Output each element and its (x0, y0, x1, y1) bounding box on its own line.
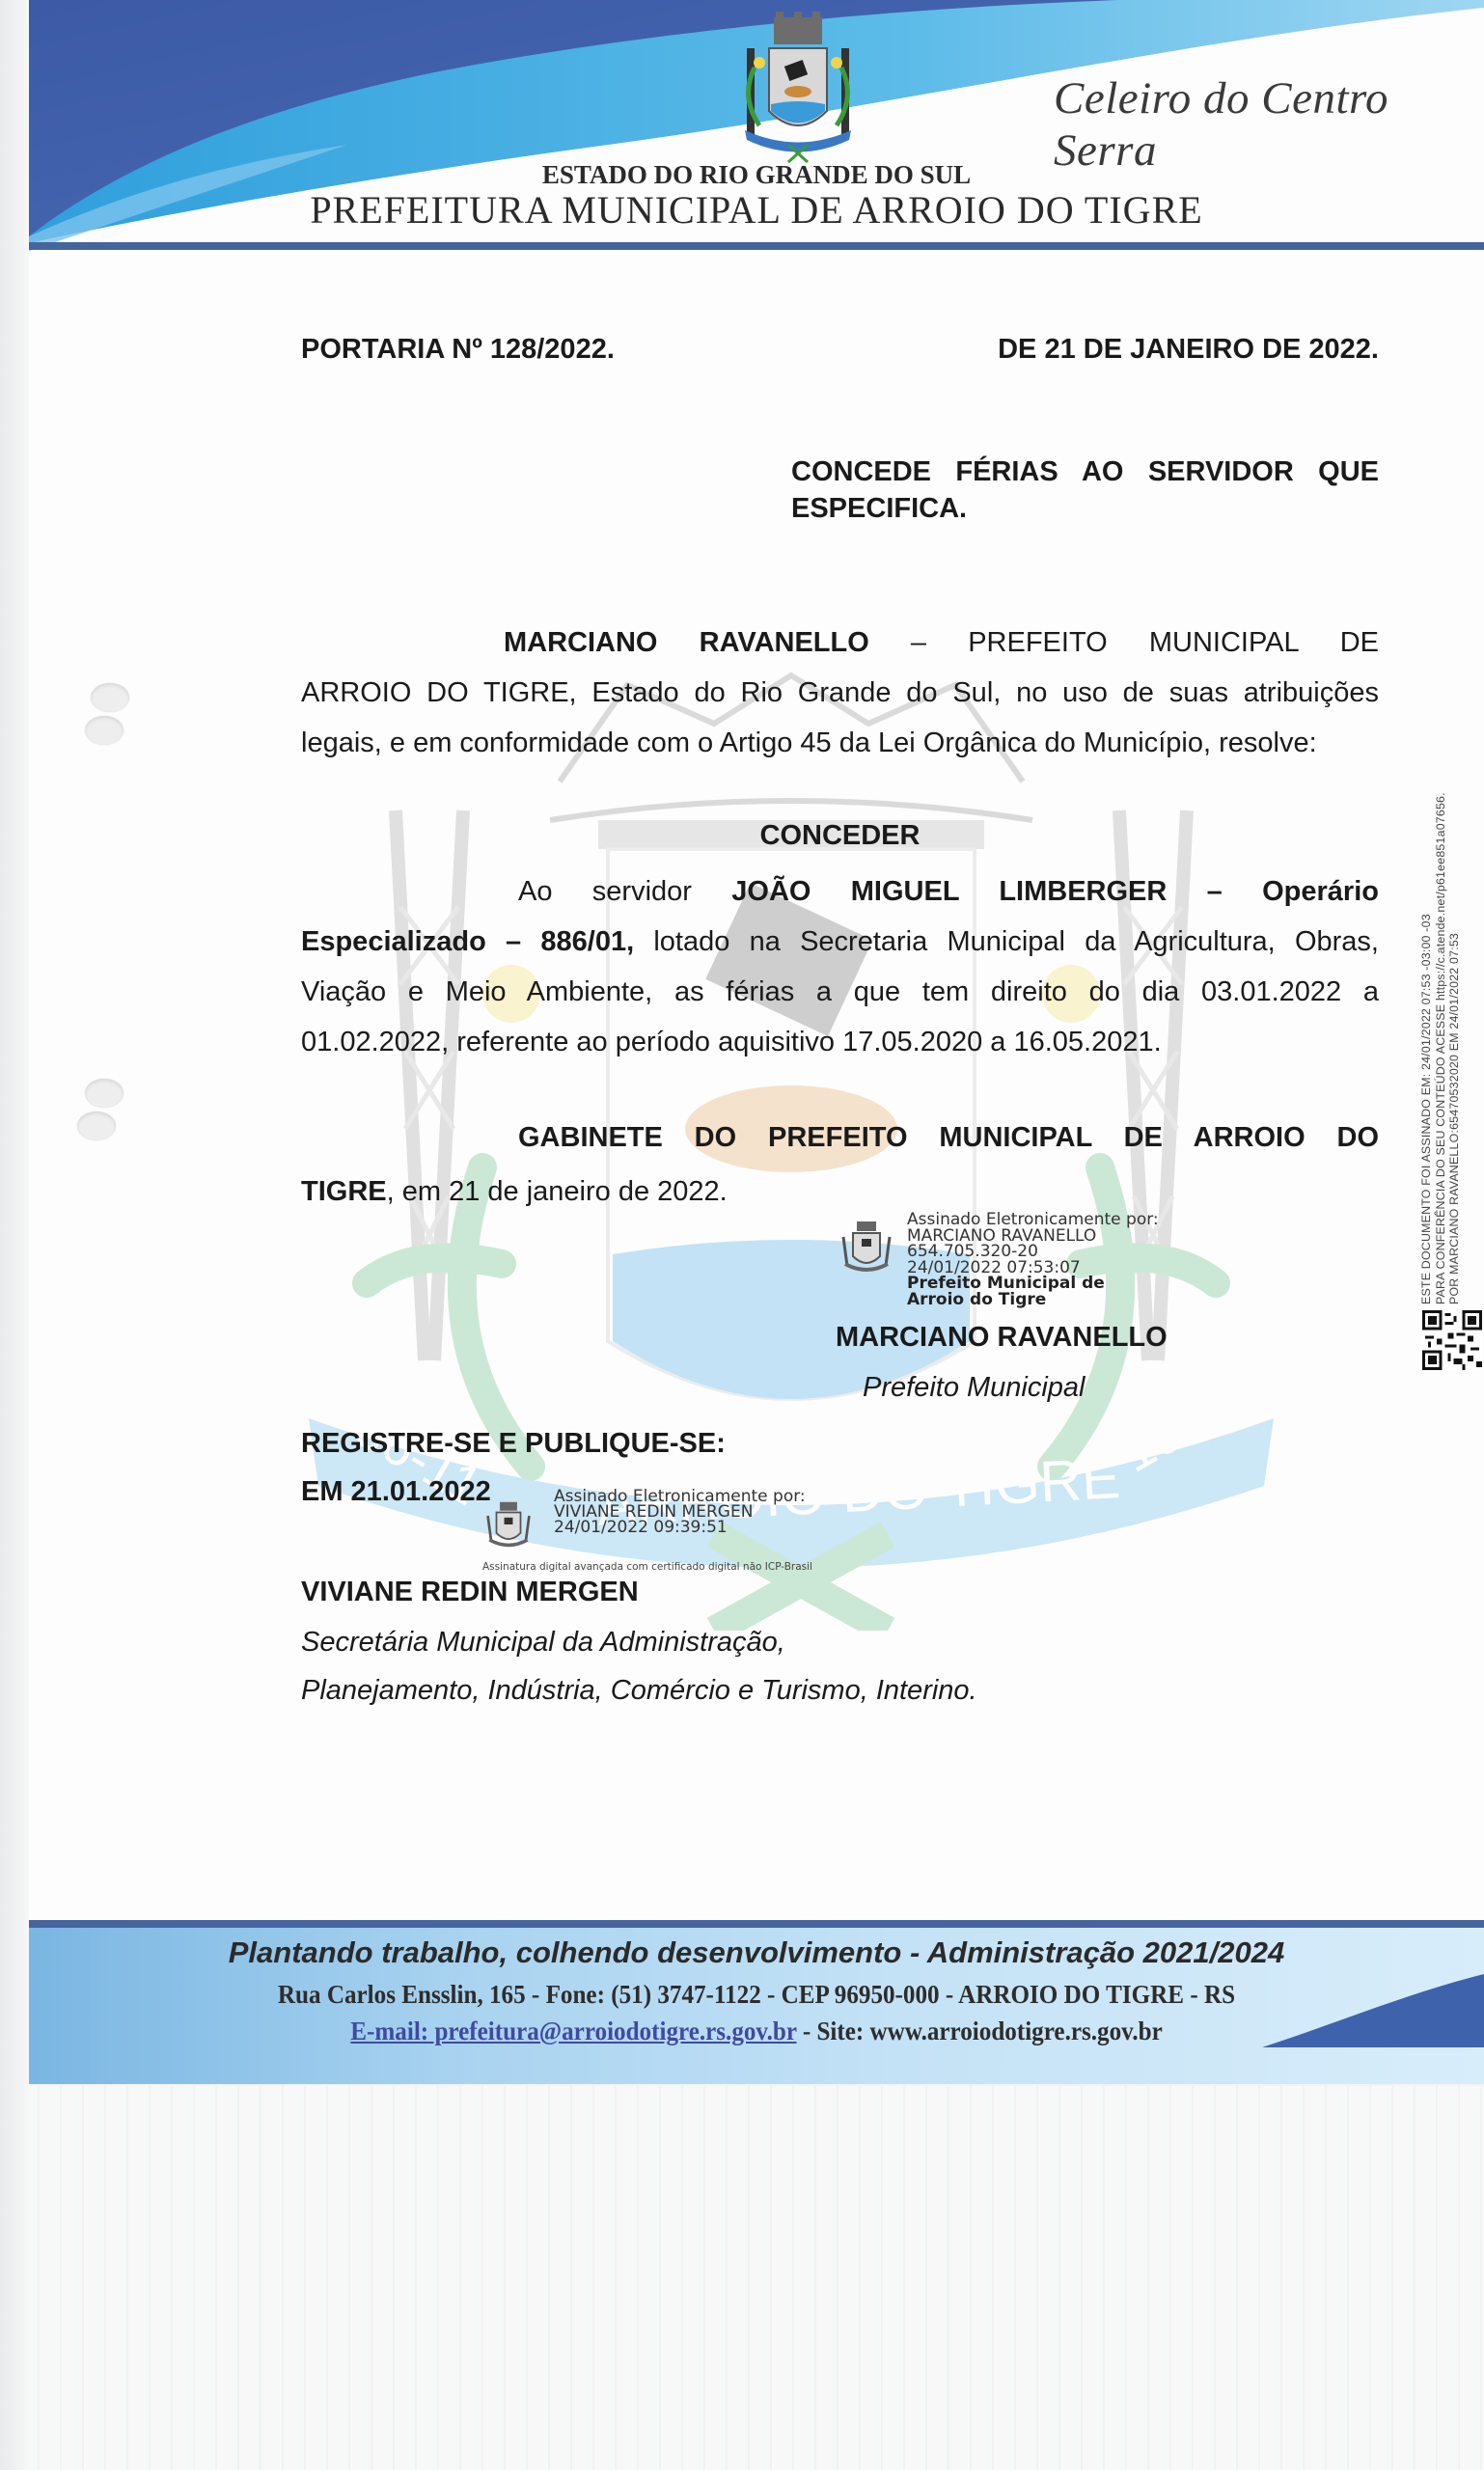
mayor-electronic-signature: Assinado Eletronicamente por: MARCIANO R… (839, 1212, 1206, 1318)
mayor-signature-title: Prefeito Municipal (863, 1364, 1086, 1411)
closing-paragraph: GABINETE DO PREFEITO MUNICIPAL DE ARROIO… (301, 1112, 1379, 1221)
footer-site: - Site: www.arroiodotigre.rs.gov.br (797, 2017, 1163, 2045)
coat-of-arms-icon (726, 10, 870, 164)
ordinance-number: PORTARIA Nº 128/2022. (301, 324, 615, 374)
footer-rule (29, 1920, 1484, 1928)
header-municipality: PREFEITURA MUNICIPAL DE ARROIO DO TIGRE (29, 187, 1484, 233)
document-page: Celeiro do Centro Serra ESTADO DO RIO GR… (29, 0, 1484, 2084)
secretary-title-line-1: Secretária Municipal da Administração, (301, 1617, 785, 1667)
secretary-title-line-2: Planejamento, Indústria, Comércio e Turi… (301, 1665, 977, 1715)
footer-email-link[interactable]: E-mail: prefeitura@arroiodotigre.rs.gov.… (350, 2017, 796, 2045)
punch-hole (85, 716, 124, 745)
secretary-name: VIVIANE REDIN MERGEN (301, 1567, 639, 1617)
scan-edge (0, 0, 29, 2470)
footer-contacts: E-mail: prefeitura@arroiodotigre.rs.gov.… (80, 2017, 1433, 2046)
secretary-electronic-signature: Assinado Eletronicamente por: VIVIANE RE… (484, 1489, 870, 1561)
punch-hole (85, 1079, 124, 1108)
ordinance-date: DE 21 DE JANEIRO DE 2022. (959, 324, 1379, 374)
scanner-blank-area (29, 2086, 1484, 2470)
ordinance-summary: CONCEDE FÉRIAS AO SERVIDOR QUE ESPECIFIC… (791, 453, 1379, 527)
resolution-heading: CONCEDER (301, 816, 1379, 855)
header-state: ESTADO DO RIO GRANDE DO SUL (29, 160, 1484, 190)
qr-code-icon[interactable] (1422, 1310, 1482, 1370)
municipal-seal-icon (484, 1498, 533, 1551)
employee-name: JOÃO MIGUEL LIMBERGER – Operário (731, 876, 1379, 907)
preamble-paragraph: MARCIANO RAVANELLO – PREFEITO MUNICIPAL … (301, 617, 1379, 768)
footer-slogan: Plantando trabalho, colhendo desenvolvim… (29, 1935, 1484, 1970)
mayor-name-inline: MARCIANO RAVANELLO (504, 627, 869, 658)
grant-paragraph: Ao servidor JOÃO MIGUEL LIMBERGER – Oper… (301, 866, 1379, 1067)
footer-address: Rua Carlos Ensslin, 165 - Fone: (51) 374… (80, 1980, 1433, 2010)
municipal-seal-icon (839, 1218, 893, 1276)
verification-stamp: ESTE DOCUMENTO FOI ASSINADO EM: 24/01/20… (1419, 1237, 1462, 1304)
punch-hole (77, 1111, 116, 1140)
mayor-signature-name: MARCIANO RAVANELLO (836, 1314, 1168, 1360)
punch-hole (91, 683, 129, 712)
header-rule (29, 242, 1484, 250)
register-date: EM 21.01.2022 (301, 1467, 491, 1517)
register-publish: REGISTRE-SE E PUBLIQUE-SE: (301, 1418, 726, 1468)
employee-role: Especializado – 886/01, (301, 926, 634, 957)
